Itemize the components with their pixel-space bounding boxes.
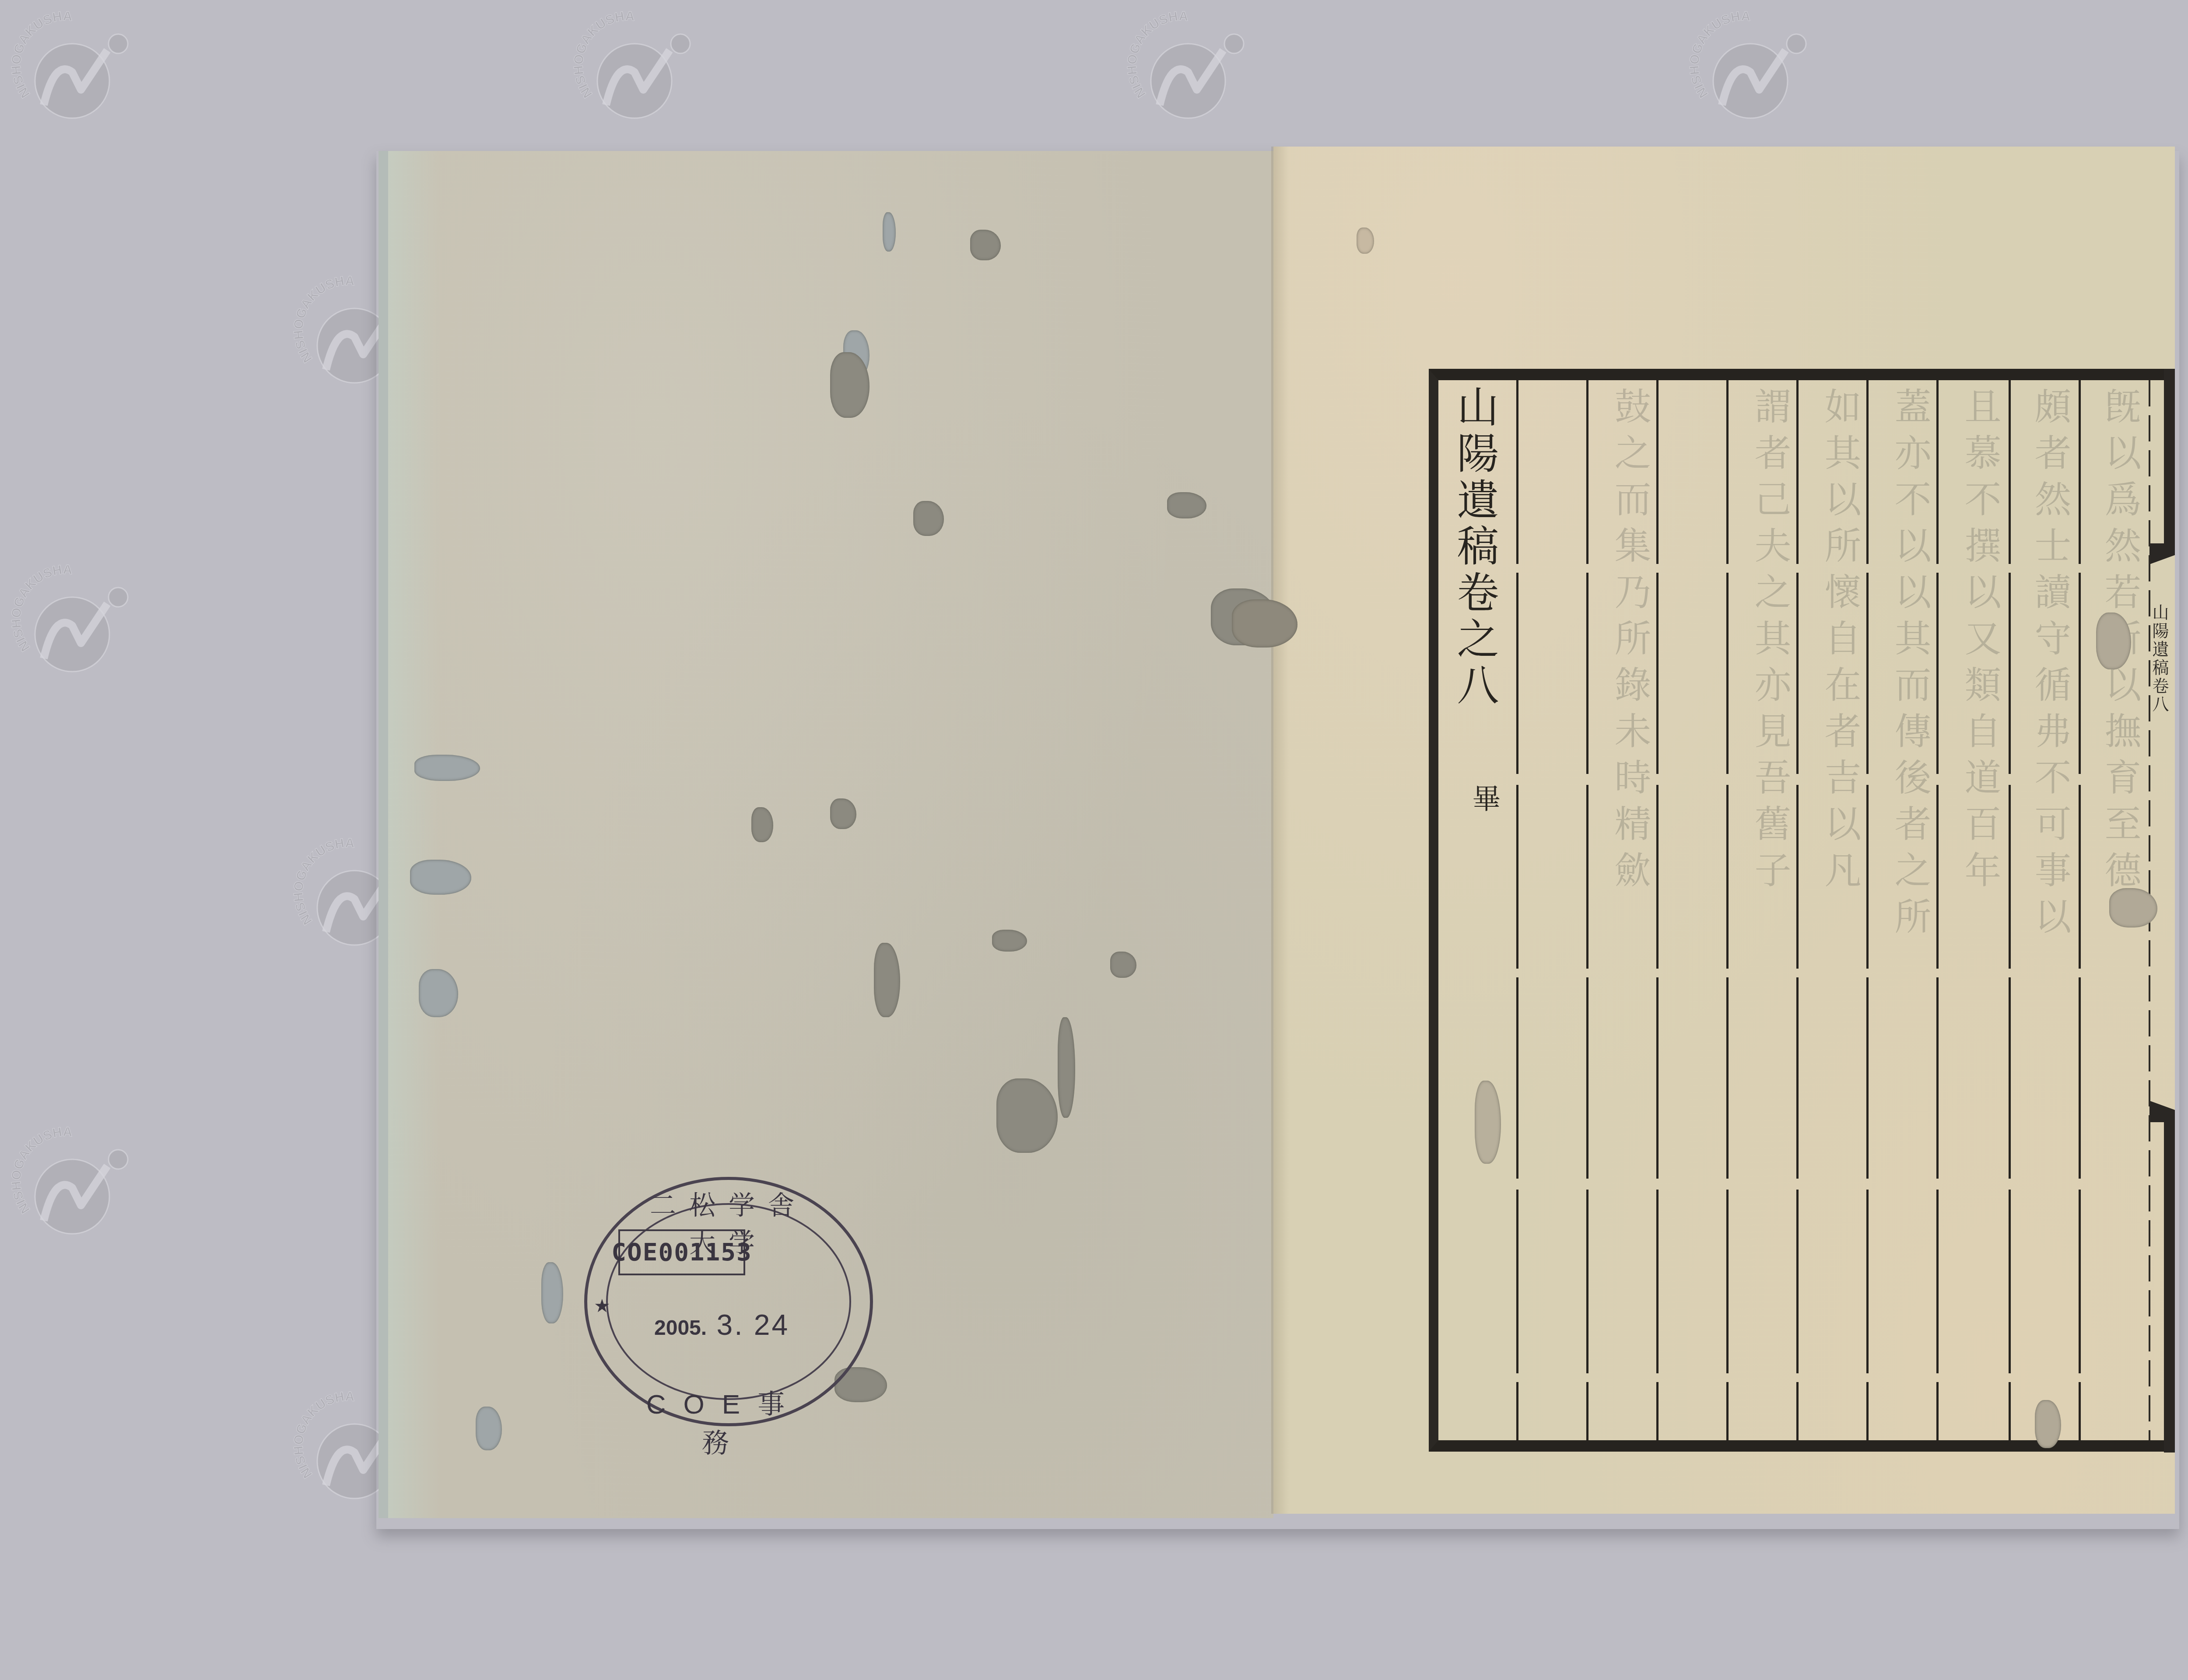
wormhole <box>2096 612 2131 669</box>
star-icon: ★ <box>594 1295 610 1316</box>
wormhole <box>2035 1400 2061 1448</box>
stamp-id-number: COE001153 <box>618 1229 745 1275</box>
fishtail-lower-mark <box>2149 1096 2175 1122</box>
printed-frame-border <box>1429 369 2175 1452</box>
frame-right-edge-lower <box>2164 1122 2175 1452</box>
wormhole <box>1110 952 1136 978</box>
nishogakusha-watermark-icon: NISHOGAKUSHA <box>7 7 138 138</box>
wormhole <box>996 1078 1058 1153</box>
wormhole <box>541 1262 563 1323</box>
wormhole <box>1232 599 1297 647</box>
svg-text:NISHOGAKUSHA: NISHOGAKUSHA <box>571 9 635 101</box>
svg-text:NISHOGAKUSHA: NISHOGAKUSHA <box>9 9 72 101</box>
gutter-shadow <box>1271 147 1289 1514</box>
stamp-office-text: COE事務 <box>632 1382 816 1460</box>
wormhole <box>2109 888 2157 927</box>
nishogakusha-watermark-icon: NISHOGAKUSHA <box>569 7 700 138</box>
wormhole <box>830 352 870 418</box>
svg-text:NISHOGAKUSHA: NISHOGAKUSHA <box>9 1125 72 1216</box>
wormhole <box>414 755 480 781</box>
wormhole <box>830 798 856 829</box>
wormhole <box>992 930 1027 952</box>
nishogakusha-watermark-icon: NISHOGAKUSHA <box>1685 7 1816 138</box>
scan-background: NISHOGAKUSHANISHOGAKUSHANISHOGAKUSHANISH… <box>0 0 2188 1680</box>
wormhole <box>874 943 900 1017</box>
wormhole <box>419 969 458 1017</box>
nishogakusha-watermark-icon: NISHOGAKUSHA <box>1122 7 1254 138</box>
wormhole <box>913 501 944 536</box>
hanshin-book-title: 山陽遺稿卷八 <box>2154 604 2171 714</box>
stamp-date-year: 2005. <box>654 1316 707 1340</box>
nishogakusha-watermark-icon: NISHOGAKUSHA <box>7 560 138 691</box>
volume-end-mark: 畢 <box>1473 777 1501 817</box>
wormhole <box>1058 1017 1075 1118</box>
fishtail-upper-mark <box>2149 543 2175 569</box>
svg-text:NISHOGAKUSHA: NISHOGAKUSHA <box>1687 9 1750 101</box>
svg-text:NISHOGAKUSHA: NISHOGAKUSHA <box>291 1389 354 1481</box>
stamp-date: 2005. 3. 24 <box>654 1308 812 1341</box>
wormhole <box>476 1407 502 1450</box>
stamp-date-month-day: 3. 24 <box>716 1309 789 1341</box>
binding-edge-tint <box>388 151 441 1518</box>
wormhole <box>751 807 773 842</box>
svg-text:NISHOGAKUSHA: NISHOGAKUSHA <box>1125 9 1188 101</box>
wormhole <box>1357 227 1374 254</box>
wormhole <box>970 230 1001 260</box>
frame-right-edge-upper <box>2164 369 2175 544</box>
library-stamp: 二松学舎大学 ★ COE001153 2005. 3. 24 COE事務 <box>584 1177 873 1426</box>
wormhole <box>410 860 471 895</box>
wormhole <box>1167 492 1206 518</box>
svg-text:NISHOGAKUSHA: NISHOGAKUSHA <box>291 836 354 927</box>
wormhole <box>883 212 896 252</box>
svg-text:NISHOGAKUSHA: NISHOGAKUSHA <box>9 563 72 654</box>
svg-text:NISHOGAKUSHA: NISHOGAKUSHA <box>291 274 354 365</box>
nishogakusha-watermark-icon: NISHOGAKUSHA <box>7 1122 138 1253</box>
